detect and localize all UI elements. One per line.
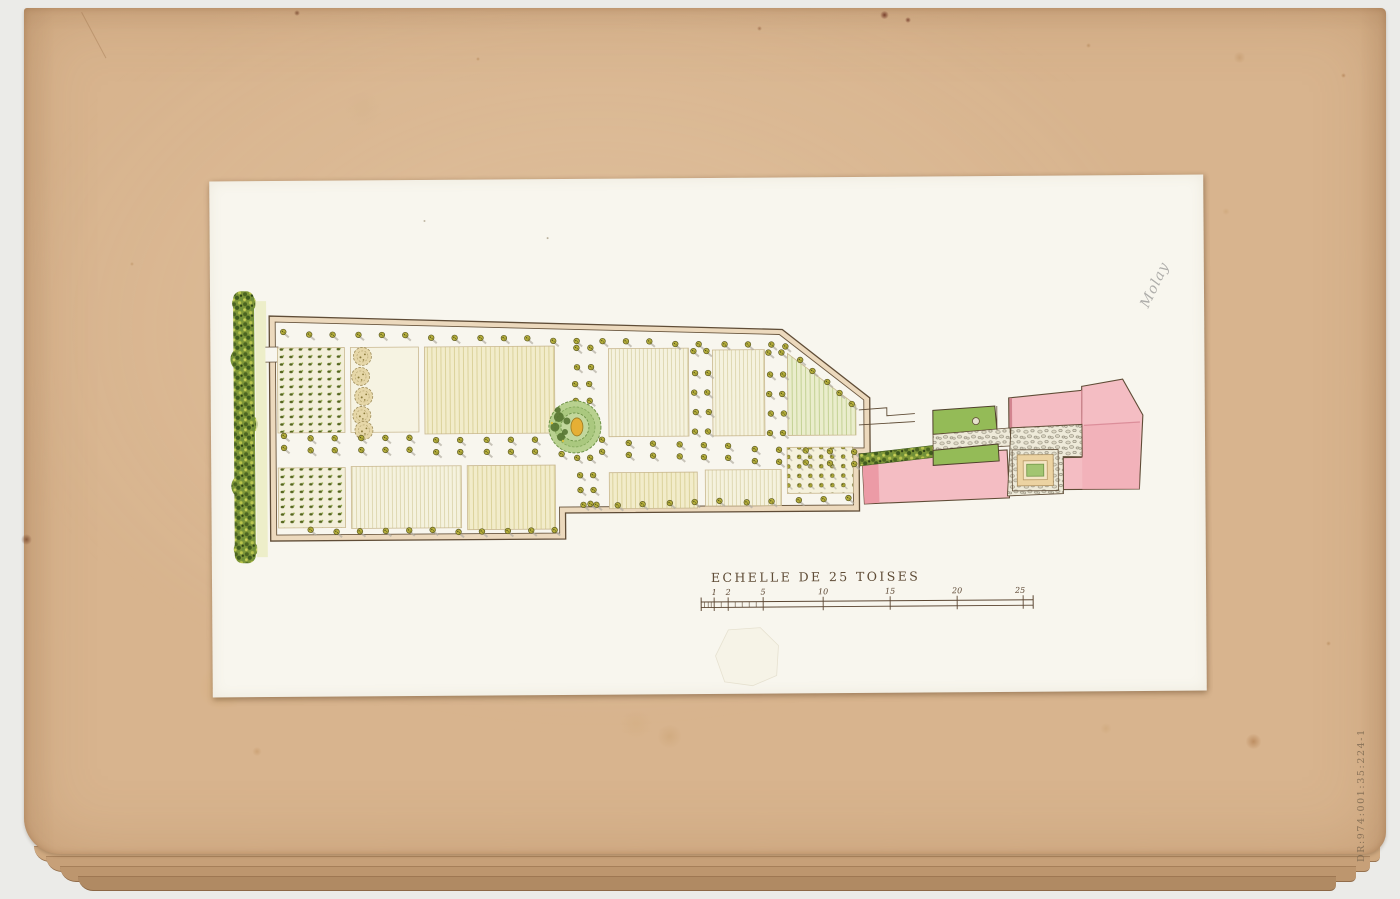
foxing-spot <box>656 725 683 748</box>
page-edge <box>78 876 1336 891</box>
hedge-path-band <box>255 301 268 557</box>
tree-allee-central-lower <box>281 443 567 461</box>
faint-sketch-outline <box>715 628 778 686</box>
svg-text:10: 10 <box>818 587 828 596</box>
tree-path-vertical-2 <box>691 348 702 437</box>
orchard-grid-bed <box>787 447 853 493</box>
bed-striped <box>467 465 555 530</box>
svg-text:25: 25 <box>1014 586 1025 595</box>
foxing-spot <box>294 10 300 16</box>
foxing-spot <box>880 11 889 19</box>
foxing-spot <box>1100 723 1112 734</box>
bed-shrub-rows-lower <box>278 468 345 528</box>
bed-striped <box>424 346 555 434</box>
scan-background: { "artwork": { "scale_bar": { "title": "… <box>0 0 1400 899</box>
foxing-spot <box>1222 208 1230 215</box>
buildings-complex <box>859 379 1144 504</box>
tree-path-vertical-1b <box>586 345 597 406</box>
tree-allee-central-upper <box>281 431 567 449</box>
bed-striped <box>351 466 461 529</box>
svg-text:1: 1 <box>712 588 717 597</box>
scale-bar: ECHELLE DE 25 TOISES <box>701 568 1033 611</box>
garden-entrance-gap <box>265 347 278 362</box>
bed-striped <box>609 472 697 509</box>
scale-ruler <box>701 595 1033 611</box>
paper-speck <box>547 237 549 239</box>
svg-text:20: 20 <box>951 586 962 595</box>
foxing-spot <box>130 262 134 266</box>
bed-shrub-rows-upper <box>277 348 345 433</box>
bosquet-basin-center <box>571 418 583 436</box>
foxing-spot <box>21 534 32 545</box>
svg-text:15: 15 <box>885 587 895 596</box>
foxing-spot <box>1233 52 1246 63</box>
alley-gap-lines <box>997 398 1009 430</box>
tree-path-vertical-1 <box>572 345 583 406</box>
page-corner-seam <box>81 12 106 58</box>
garden-plan: ECHELLE DE 25 TOISES <box>209 175 1207 698</box>
foxing-spot <box>476 57 480 61</box>
paper-speck <box>423 220 425 222</box>
courtyard-basin <box>1012 450 1058 491</box>
bed-striped <box>608 348 689 437</box>
tree-path-vertical-3 <box>766 350 777 439</box>
foxing-spot <box>905 17 911 23</box>
scale-title: ECHELLE DE 25 TOISES <box>711 569 920 585</box>
tree-path-below-bosquet <box>574 455 589 510</box>
foxing-spot <box>1245 734 1262 749</box>
central-bosquet <box>549 401 601 453</box>
foxing-spot <box>342 92 384 126</box>
foxing-spot <box>1086 43 1091 48</box>
archival-number: DR:974:001:35:224-1 <box>1356 702 1367 862</box>
pink-building-upper <box>1009 390 1082 428</box>
building-wing-wash <box>1082 422 1140 489</box>
bed-striped <box>712 350 765 436</box>
svg-text:5: 5 <box>761 588 766 597</box>
well-circle <box>972 418 979 425</box>
drawing-sheet: ECHELLE DE 25 TOISES <box>209 175 1207 698</box>
svg-text:2: 2 <box>725 588 731 597</box>
foxing-spot <box>757 26 762 31</box>
scale-tick-labels: 1 2 5 10 15 20 25 <box>712 586 1026 597</box>
foxing-spot <box>252 747 262 756</box>
foxing-spot <box>1326 641 1331 646</box>
foxing-spot <box>1341 73 1346 78</box>
foxing-spot <box>618 710 654 738</box>
left-hedge-border <box>230 291 268 563</box>
